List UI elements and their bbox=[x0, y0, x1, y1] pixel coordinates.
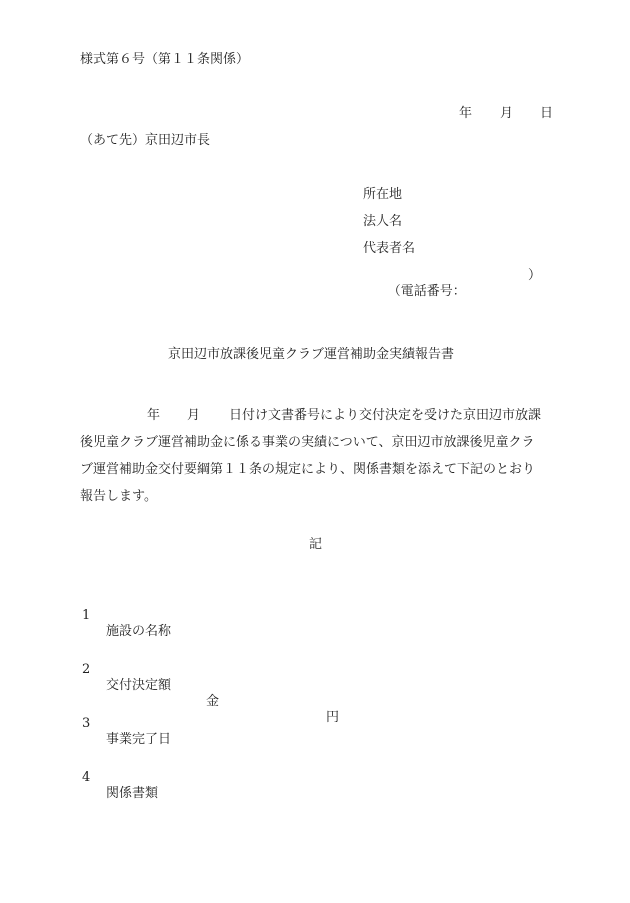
form-number: 様式第６号（第１１条関係） bbox=[80, 52, 249, 68]
item-number: 4 bbox=[82, 770, 90, 786]
body-line-4: 報告します。 bbox=[80, 483, 560, 510]
date-month-label: 月 bbox=[500, 106, 513, 122]
item-label: 交付決定額 bbox=[106, 678, 171, 694]
body-line-1: 年 月 日付け文書番号により交付決定を受けた京田辺市放課 bbox=[80, 402, 560, 429]
item-label: 事業完了日 bbox=[106, 732, 171, 748]
body-first-line-text: 日付け文書番号により交付決定を受けた京田辺市放課 bbox=[229, 402, 541, 429]
date-day-label: 日 bbox=[540, 106, 553, 122]
item-number: 2 bbox=[82, 662, 90, 678]
body-line-2: 後児童クラブ運営補助金に係る事業の実績について、京田辺市放課後児童クラ bbox=[80, 429, 560, 456]
date-year-label: 年 bbox=[459, 106, 472, 122]
item-number: 3 bbox=[82, 716, 90, 732]
sender-block: 所在地 法人名 代表者名 （電話番号： ） bbox=[363, 187, 380, 283]
item-label: 施設の名称 bbox=[106, 624, 171, 640]
body-month-label: 月 bbox=[187, 402, 200, 429]
sender-corporation-label: 法人名 bbox=[363, 214, 402, 230]
sender-address-label: 所在地 bbox=[363, 187, 402, 203]
body-year-label: 年 bbox=[147, 402, 160, 429]
document-title: 京田辺市放課後児童クラブ運営補助金実績報告書 bbox=[168, 347, 454, 363]
list-item: 4 関係書類 bbox=[0, 754, 630, 818]
body-paragraph: 年 月 日付け文書番号により交付決定を受けた京田辺市放課 後児童クラブ運営補助金… bbox=[80, 402, 560, 510]
sender-phone-line: （電話番号： ） bbox=[363, 268, 543, 332]
item-label: 関係書類 bbox=[106, 786, 158, 802]
item-number: 1 bbox=[82, 608, 90, 624]
addressee: （あて先）京田辺市長 bbox=[80, 133, 210, 149]
ki-heading: 記 bbox=[309, 537, 322, 553]
sender-phone-label: （電話番号： bbox=[388, 284, 466, 299]
body-line-3: ブ運営補助金交付要綱第１１条の規定により、関係書類を添えて下記のとおり bbox=[80, 456, 560, 483]
sender-phone-close: ） bbox=[528, 268, 541, 284]
sender-representative-label: 代表者名 bbox=[363, 241, 415, 257]
